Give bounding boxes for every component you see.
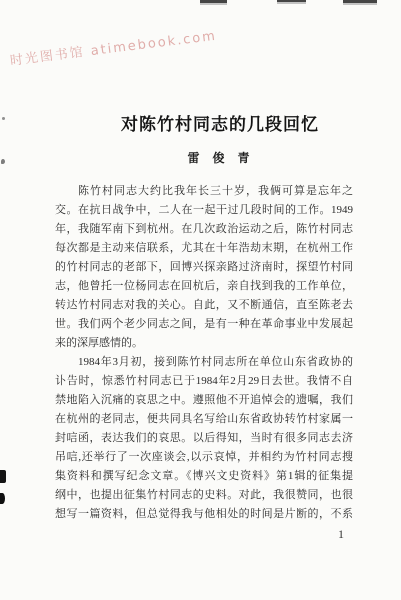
body-line: 来的深厚感情的。 [55, 334, 353, 353]
scan-speck [1, 159, 5, 164]
scan-artifact-dot [0, 493, 5, 504]
scanned-page: 时光图书馆 atimebook.com 对陈竹村同志的几段回忆 雷 俊 青 陈竹… [0, 0, 401, 600]
article-title: 对陈竹村同志的几段回忆 [70, 110, 370, 135]
body-line: 志，他曾托一位杨同志在回杭后，亲自找到我的工作单位， [55, 277, 353, 296]
body-line: 世。我们两个老少同志之间，是有一种在革命事业中发展起 [55, 315, 353, 334]
scan-artifact-top-bar [277, 0, 306, 4]
body-line: 讣告时，惊悉竹村同志已于1984年2月29日去世。我情不自 [55, 372, 353, 391]
scan-artifact-square [0, 470, 6, 483]
body-line: 的竹村同志的老部下，回博兴探亲路过济南时，探望竹村同 [55, 258, 353, 277]
page-number: 1 [330, 527, 352, 542]
body-line: 转达竹村同志对我的关心。自此，又不断通信，直至陈老去 [55, 296, 353, 315]
body-line: 纲中，也提出征集竹村同志的史料。对此，我很赞同，也很 [55, 486, 353, 505]
author-name: 雷 俊 青 [71, 149, 371, 166]
body-line: 陈竹村同志大约比我年长三十岁，我俩可算是忘年之 [55, 182, 353, 201]
scan-artifact-top-bar [200, 0, 227, 5]
body-line: 在杭州的老同志，便共同具名写给山东省政协转竹村家属一 [55, 410, 353, 429]
scan-artifact-top-bar [343, 0, 377, 5]
scan-speck [2, 117, 5, 120]
body-line: 封唁函，表达我们的哀思。以后得知，当时有很多同志去济 [55, 429, 353, 448]
article-body: 陈竹村同志大约比我年长三十岁，我俩可算是忘年之交。在抗日战争中，二人在一起干过几… [55, 182, 353, 524]
body-line: 交。在抗日战争中，二人在一起干过几段时间的工作。1949 [55, 201, 353, 220]
body-line: 每次都是主动来信联系，尤其在十年浩劫末期，在杭州工作 [55, 239, 353, 258]
body-line: 禁地陷入沉痛的哀思之中。遵照他不开追悼会的遗嘱，我们 [55, 391, 353, 410]
body-line: 吊唁,还举行了一次座谈会,以示哀悼，并相约为竹村同志搜 [55, 448, 353, 467]
body-line: 想写一篇资料，但总觉得我与他相处的时间是片断的，不系 [55, 505, 353, 524]
body-line: 1984年3月初，接到陈竹村同志所在单位山东省政协的 [55, 353, 353, 372]
body-line: 年，我随军南下到杭州。在几次政治运动之后，陈竹村同志 [55, 220, 353, 239]
watermark: 时光图书馆 atimebook.com [9, 25, 218, 69]
body-line: 集资料和撰写纪念文章。《博兴文史资料》第1辑的征集提 [55, 467, 353, 486]
